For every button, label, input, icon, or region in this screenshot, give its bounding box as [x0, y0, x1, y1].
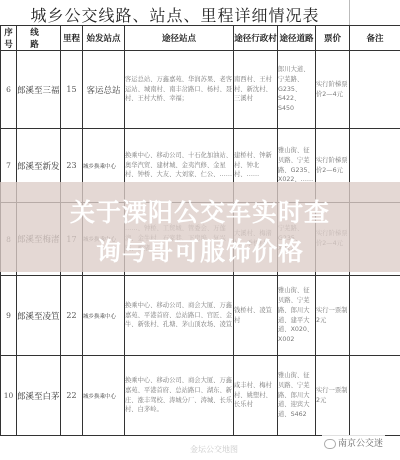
cell-note: [350, 356, 400, 436]
cell-seq: 10: [1, 356, 17, 436]
cell-seq: 6: [1, 51, 17, 129]
cell-route: 郎溪至三福: [17, 51, 61, 129]
cell-route: 郎溪至凌笪: [17, 276, 61, 356]
watermark-left: 金坛公交地图: [190, 444, 238, 455]
header-km: 里程: [61, 26, 83, 51]
cell-seq: 9: [1, 276, 17, 356]
cell-km: 22: [61, 276, 83, 356]
cell-km: 15: [61, 51, 83, 129]
header-fare: 票价: [316, 26, 350, 51]
cell-note: [350, 51, 400, 129]
cell-fare: 实行一票制2元: [316, 276, 350, 356]
header-villages: 途径行政村: [234, 26, 278, 51]
cell-start: 城乡换乘中心: [83, 356, 125, 436]
headline-line-1: 关于溧阳公交车实时查: [0, 193, 400, 229]
table-row: 10 郎溪至白茅岭 22 城乡换乘中心 换乘中心、移动公司、商会大厦、万鑫嘉苑、…: [1, 356, 400, 436]
divider: [349, 0, 350, 25]
watermark-right: 南京公交迷: [322, 435, 385, 450]
watermark-right-text: 南京公交迷: [338, 439, 383, 449]
document-page: 城乡公交线路、站点、里程详细情况表 序号 线 路 里程 始发站点 途径站点 途径…: [0, 0, 400, 460]
cell-fare: 实行一票制2元: [316, 356, 350, 436]
cell-villages: 南西村、王村村、新沈村、三溪村: [234, 51, 278, 129]
table-row: 6 郎溪至三福 15 客运总站 客运总站、万鑫嘉苑、华润苏果、老客运站、城南村、…: [1, 51, 400, 129]
cell-villages: 钱桥村、凌笪村: [234, 276, 278, 356]
cell-start: 城乡换乘中心: [83, 276, 125, 356]
header-route: 线 路: [17, 26, 61, 51]
cell-roads: 郎川大道、宁芜路、G235、S422、S450: [278, 51, 316, 129]
header-row: 序号 线 路 里程 始发站点 途径站点 途径行政村 途径道路 票价 备注: [1, 26, 400, 51]
cell-roads: 雅山街、征贝路、宁芜路、郎川大道、迎宾大道、S462: [278, 356, 316, 436]
cell-route: 郎溪至白茅岭: [17, 356, 61, 436]
cell-villages: 咸丰村、梅村村、姚塑村、长乐村: [234, 356, 278, 436]
cell-stops: 换乘中心、移动公司、商会大厦、万鑫嘉苑、平港首府、总站路口、官匠、金牛、新张村、…: [125, 276, 234, 356]
header-note: 备注: [350, 26, 400, 51]
cell-stops: 客运总站、万鑫嘉苑、华润苏果、老客运站、城南村、南丰岔路口、杨村、聂村、王村大桥…: [125, 51, 234, 129]
header-stops: 途径站点: [125, 26, 234, 51]
weibo-icon: [324, 439, 336, 449]
cell-start: 客运总站: [83, 51, 125, 129]
table-title: 城乡公交线路、站点、里程详细情况表: [0, 3, 350, 26]
cell-fare: 实行阶梯票价2—4元: [316, 51, 350, 129]
cell-km: 22: [61, 356, 83, 436]
headline-line-2: 询与哥可服饰价格: [0, 232, 400, 268]
cell-note: [350, 276, 400, 356]
table-row: 9 郎溪至凌笪 22 城乡换乘中心 换乘中心、移动公司、商会大厦、万鑫嘉苑、平港…: [1, 276, 400, 356]
title-row: 城乡公交线路、站点、里程详细情况表: [0, 0, 400, 26]
header-seq: 序号: [1, 26, 17, 51]
header-start: 始发站点: [83, 26, 125, 51]
header-roads: 途径道路: [278, 26, 316, 51]
cell-stops: 换乘中心、移动公司、商会大厦、万鑫嘉苑、平港首府、总站路口、湖东、新庄、涨丰驾校…: [125, 356, 234, 436]
cell-roads: 雅山街、征贝路、宁芜路、郎川大道、建平大道、X020、X002: [278, 276, 316, 356]
